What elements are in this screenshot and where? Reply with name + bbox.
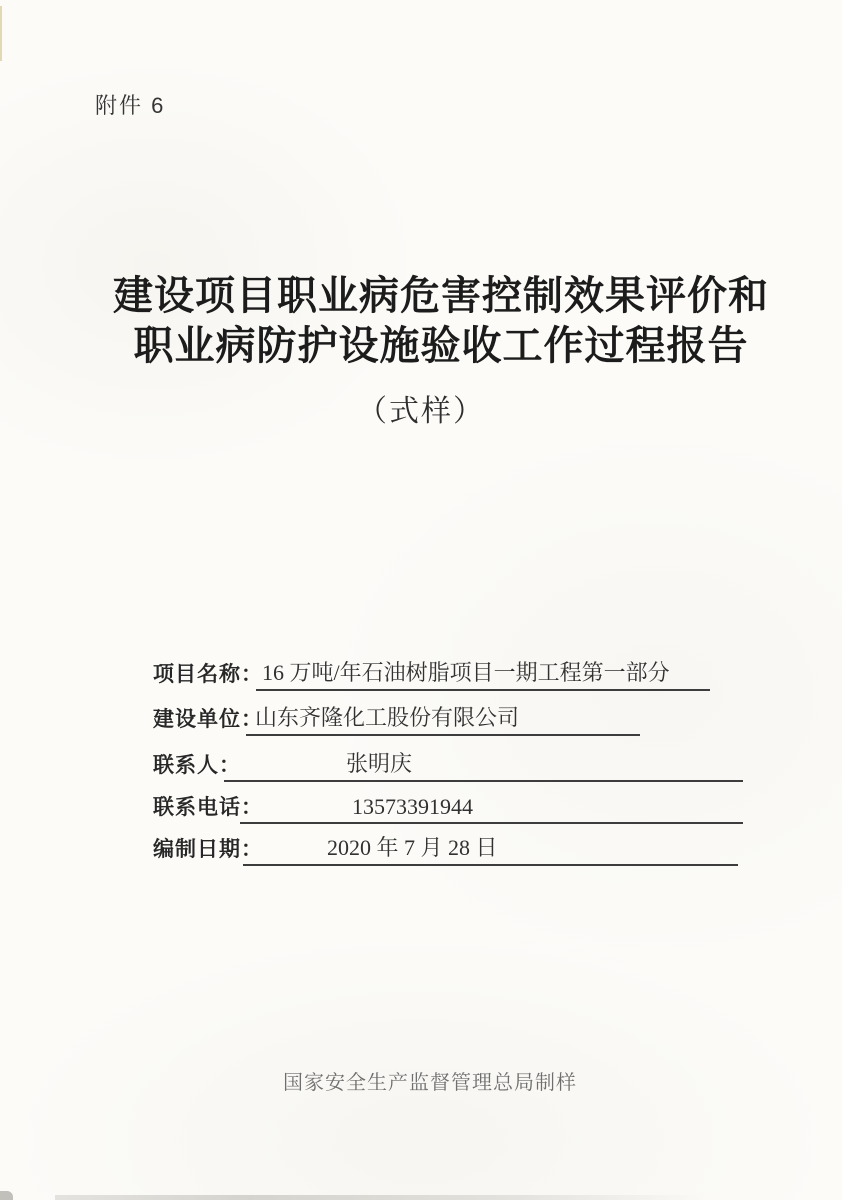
construction-unit-value: 山东齐隆化工股份有限公司 [246,701,640,736]
report-title-line-1: 建设项目职业病危害控制效果评价和 [40,271,842,321]
report-title-block: 建设项目职业病危害控制效果评价和 职业病防护设施验收工作过程报告 （式样） [0,271,842,430]
compile-date-value: 2020 年 7 月 28 日 [243,831,738,866]
form-row-contact-phone: 联系电话： 13573391944 [0,789,842,824]
attachment-label: 附件 6 [95,89,165,120]
contact-person-value: 张明庆 [224,747,743,782]
report-title-subtitle: （式样） [0,386,842,430]
report-title-line-2: 职业病防护设施验收工作过程报告 [40,321,842,371]
scan-artifact-bottom-left-corner [0,1191,13,1200]
scan-artifact-left-edge [0,6,2,61]
form-row-contact-person: 联系人： 张明庆 [0,747,842,782]
form-row-project-name: 项目名称： 16 万吨/年石油树脂项目一期工程第一部分 [0,656,842,691]
scanned-document-page: 附件 6 建设项目职业病危害控制效果评价和 职业病防护设施验收工作过程报告 （式… [0,0,842,1200]
scan-artifact-bottom-edge [55,1195,705,1200]
project-name-label: 项目名称： [153,658,263,688]
project-name-value: 16 万吨/年石油树脂项目一期工程第一部分 [256,656,710,691]
form-row-compile-date: 编制日期： 2020 年 7 月 28 日 [0,831,842,866]
form-row-construction-unit: 建设单位： 山东齐隆化工股份有限公司 [0,701,842,736]
footer-issuer-text: 国家安全生产监督管理总局制样 [0,1066,842,1095]
contact-phone-value: 13573391944 [240,789,743,824]
